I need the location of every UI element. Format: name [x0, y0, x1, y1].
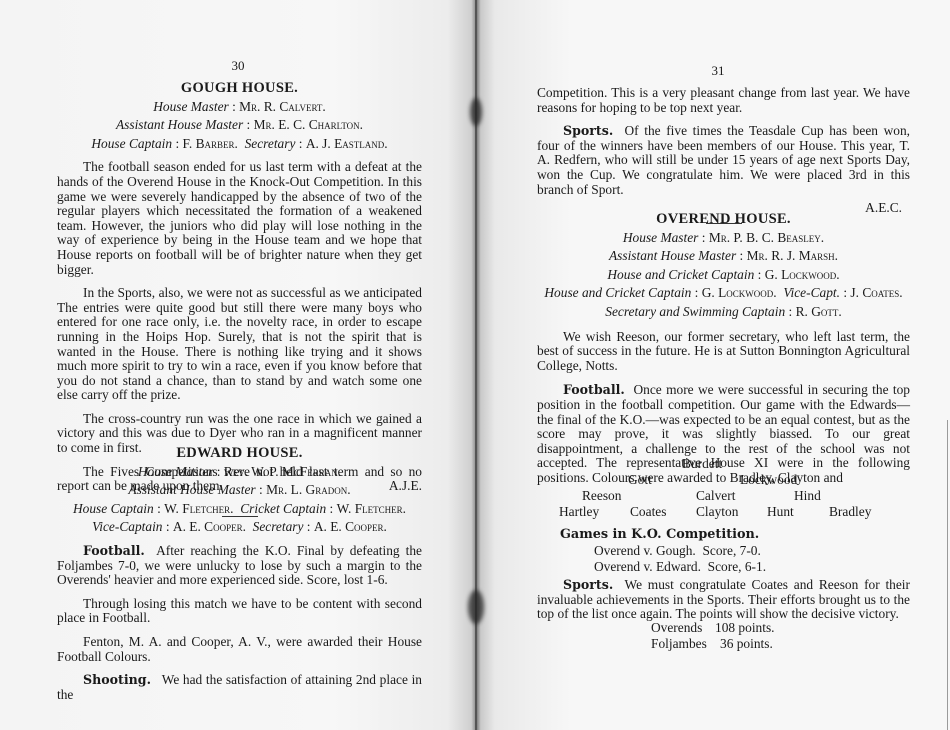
overend-house-title: OVEREND HOUSE. [537, 212, 910, 227]
game-result: Overend v. Edward. Score, 6-1. [594, 560, 766, 575]
team-back: Gott [628, 473, 652, 488]
edward-vice-line: Vice-Captain : A. E. Cooper. Secretary :… [57, 520, 422, 535]
edward-house-section: EDWARD HOUSE. House Master : Rev. W. P. … [57, 446, 422, 702]
team-forward: Bradley [829, 505, 871, 520]
edward-paragraph: Through losing this match we have to be … [57, 597, 422, 626]
points-house: Foljambes [651, 637, 707, 652]
team-forward: Hunt [767, 505, 794, 520]
edward-house-master: House Master : Rev. W. P. McFerran. [57, 465, 422, 480]
edward-assistant-master: Assistant House Master : Mr. L. Gradon. [57, 483, 422, 498]
edward-paragraph: Fenton, M. A. and Cooper, A. V., were aw… [57, 635, 422, 664]
team-forward: Hartley [559, 505, 599, 520]
team-half: Hind [794, 489, 821, 504]
overend-intro-paragraph: We wish Reeson, our former secretary, wh… [537, 330, 910, 374]
team-forward: Coates [630, 505, 666, 520]
games-heading: Games in K.O. Competition. [560, 527, 759, 542]
gough-house-title: GOUGH HOUSE. [57, 81, 422, 96]
binding-stain [468, 590, 484, 624]
overend-football-paragraph: Football. Once more we were successful i… [537, 383, 910, 485]
points-house: Overends [651, 621, 702, 636]
points-value: 108 points. [715, 621, 775, 636]
gough-paragraph: The football season ended for us last te… [57, 160, 422, 277]
book-spread: 30 GOUGH HOUSE. House Master : Mr. R. Ca… [0, 0, 950, 730]
team-back: Lockwood [740, 473, 797, 488]
gough-paragraph: In the Sports, also, we were not as succ… [57, 286, 422, 403]
page-number-right: 31 [698, 63, 738, 79]
edward-football-paragraph: Football. After reaching the K.O. Final … [57, 544, 422, 588]
overend-house-master: House Master : Mr. P. B. C. Beasley. [537, 231, 910, 246]
edward-continuation: Competition. This is a very pleasant cha… [537, 86, 910, 224]
edward-captain-line: House Captain : W. Fletcher. Cricket Cap… [57, 502, 422, 517]
gough-assistant-master: Assistant House Master : Mr. E. C. Charl… [57, 118, 422, 133]
points-value: 36 points. [720, 637, 773, 652]
continuation-paragraph: Competition. This is a very pleasant cha… [537, 86, 910, 115]
team-half: Reeson [582, 489, 621, 504]
overend-assistant-master: Assistant House Master : Mr. R. J. Marsh… [537, 249, 910, 264]
overend-sports-paragraph: Sports. We must congratulate Coates and … [537, 578, 910, 622]
overend-house-section: OVEREND HOUSE. House Master : Mr. P. B. … [537, 212, 910, 486]
edward-shooting-paragraph: Shooting. We had the satisfaction of att… [57, 673, 422, 702]
page-number-left: 30 [218, 58, 258, 74]
team-goal: Burdett [682, 457, 722, 472]
overend-captain: House and Cricket Captain : G. Lockwood. [537, 268, 910, 283]
overend-sports-section: Sports. We must congratulate Coates and … [537, 578, 910, 622]
team-half: Calvert [696, 489, 735, 504]
overend-secretary-line: Secretary and Swimming Captain : R. Gott… [537, 305, 910, 320]
edward-sports-paragraph: Sports. Of the five times the Teasdale C… [537, 124, 910, 197]
overend-captain-line: House and Cricket Captain : G. Lockwood.… [537, 286, 910, 301]
binding-stain [470, 98, 482, 126]
page-edge-line [947, 420, 948, 730]
edward-house-title: EDWARD HOUSE. [57, 446, 422, 461]
gough-captain-line: House Captain : F. Barber. Secretary : A… [57, 137, 422, 152]
game-result: Overend v. Gough. Score, 7-0. [594, 544, 761, 559]
team-forward: Clayton [696, 505, 738, 520]
gough-house-master: House Master : Mr. R. Calvert. [57, 100, 422, 115]
